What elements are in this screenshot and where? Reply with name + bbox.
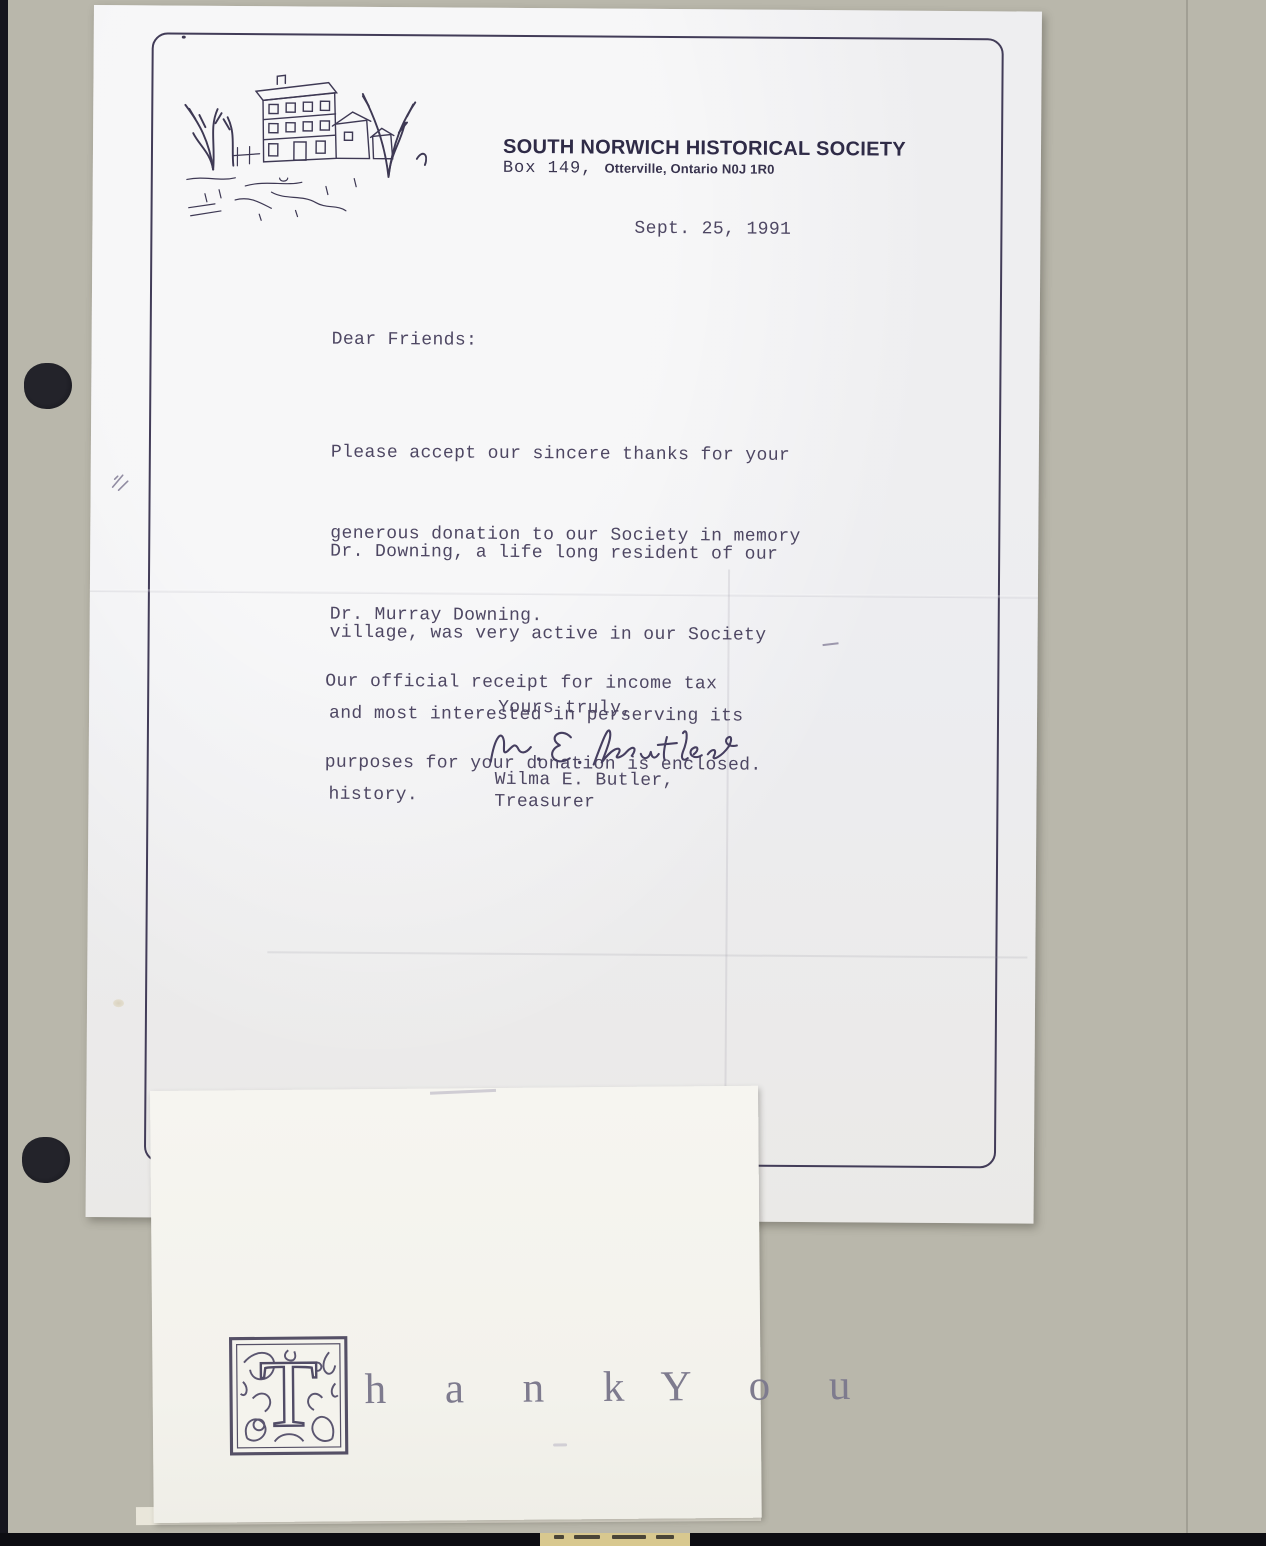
binder-edge	[0, 0, 8, 1546]
signer-title: Treasurer	[494, 791, 595, 814]
thank-you-card: T h a n kY o u	[150, 1086, 762, 1523]
initial-letter: T	[259, 1340, 319, 1448]
address-box: Box 149,	[503, 159, 593, 179]
salutation: Dear Friends:	[332, 327, 478, 355]
pencil-scribble	[109, 465, 143, 499]
card-smudge	[430, 1089, 496, 1095]
letter-line: Please accept our sincere thanks for you…	[331, 440, 802, 470]
caption-label-fragment	[540, 1533, 690, 1546]
caption-text-fragment	[574, 1535, 600, 1539]
thank-you-word-rest: h a n k	[364, 1364, 648, 1413]
photo-mount-strip	[0, 1533, 1266, 1546]
ornate-initial-block-icon: T	[228, 1335, 349, 1456]
album-page: SOUTH NORWICH HISTORICAL SOCIETY Box 149…	[0, 0, 1266, 1546]
caption-text-fragment	[656, 1535, 674, 1539]
address-rest: Otterville, Ontario N0J 1R0	[604, 161, 774, 177]
punch-hole-bottom	[22, 1137, 70, 1183]
letter-document: SOUTH NORWICH HISTORICAL SOCIETY Box 149…	[86, 5, 1042, 1224]
paper-speck	[182, 36, 186, 39]
thank-you-text: h a n kY o u	[364, 1361, 874, 1414]
punch-hole-top	[24, 363, 72, 409]
letter-date: Sept. 25, 1991	[634, 216, 791, 244]
thank-you-word-second: Y o u	[660, 1362, 874, 1411]
card-smudge	[553, 1443, 567, 1446]
paper-stain	[113, 999, 124, 1007]
caption-text-fragment	[554, 1535, 564, 1539]
signer-name: Wilma E. Butler,	[495, 769, 674, 792]
page-seam	[1186, 0, 1188, 1546]
caption-text-fragment	[612, 1535, 646, 1539]
org-address: Box 149,Otterville, Ontario N0J 1R0	[503, 159, 775, 180]
letterhead-illustration-icon	[174, 56, 427, 226]
org-name: SOUTH NORWICH HISTORICAL SOCIETY	[503, 136, 906, 162]
letter-line: Dr. Downing, a life long resident of our	[330, 539, 778, 569]
